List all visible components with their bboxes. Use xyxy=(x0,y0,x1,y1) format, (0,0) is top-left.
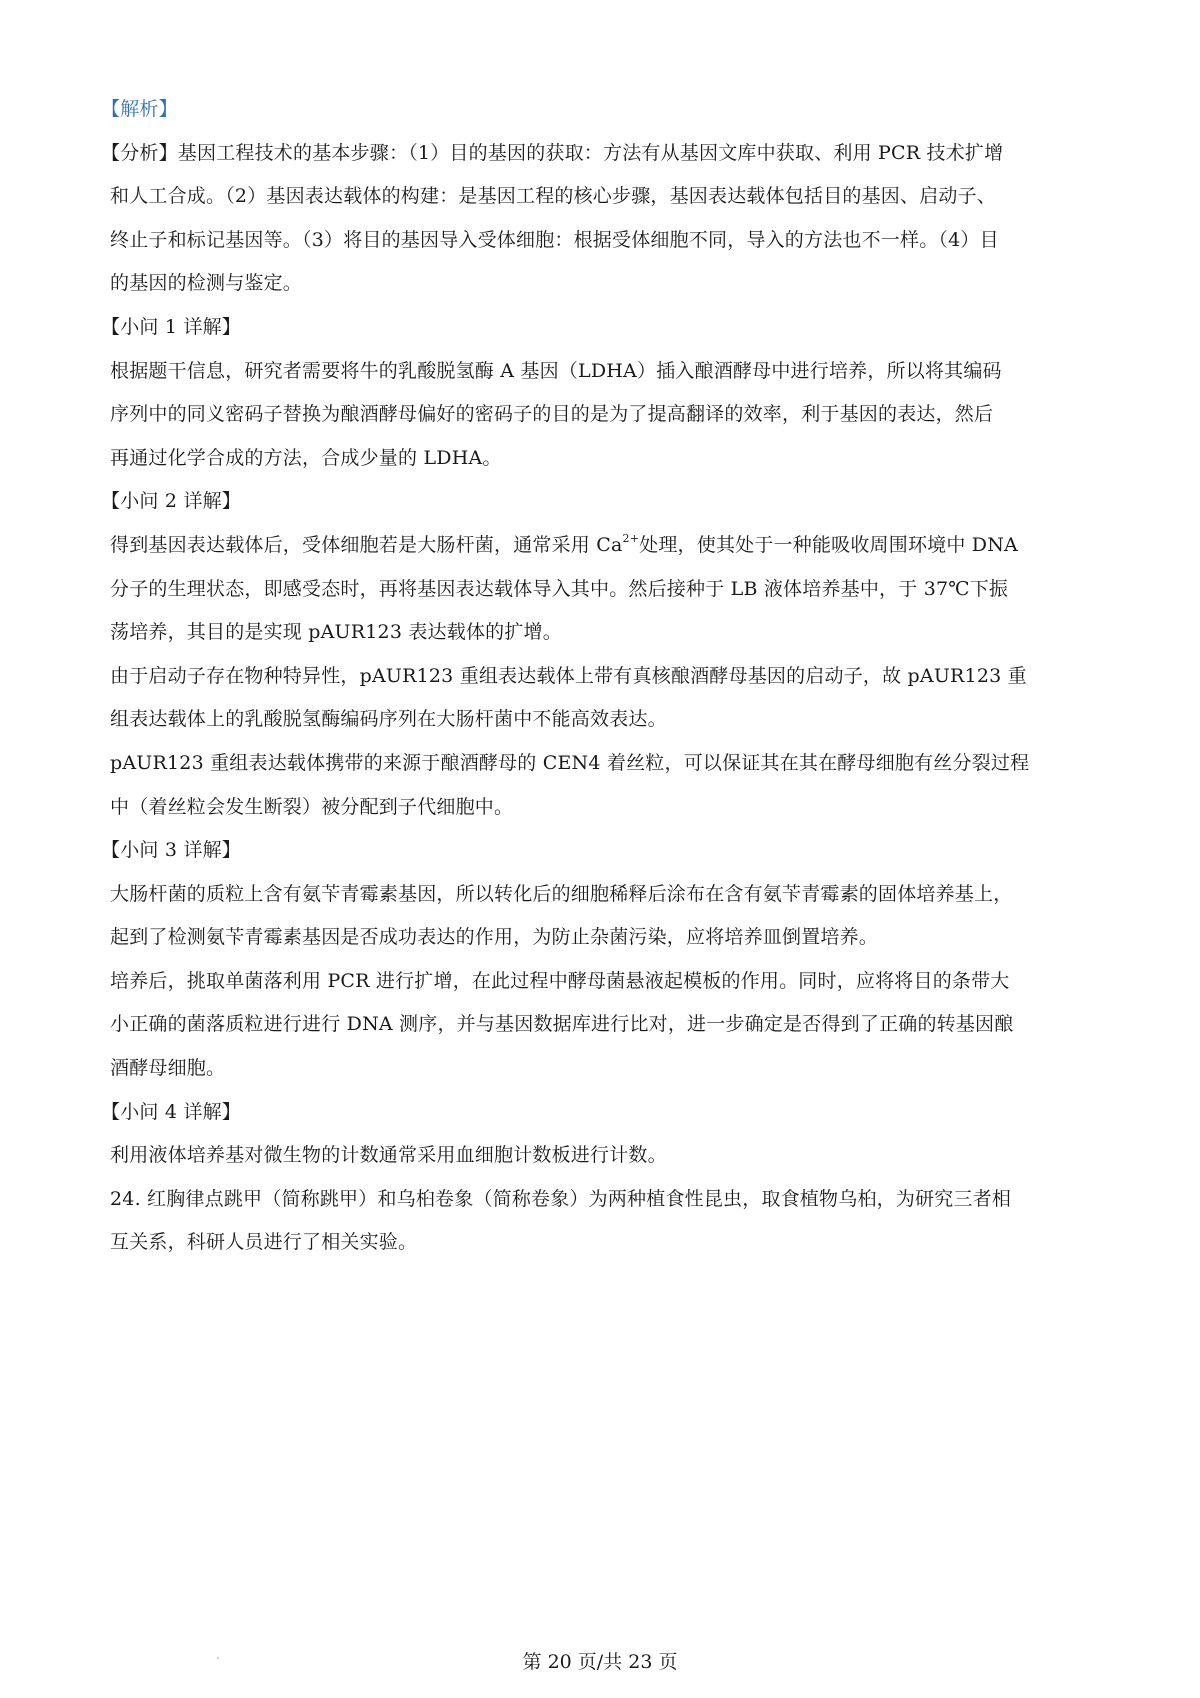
analysis-line: 【分析】基因工程技术的基本步骤：（1）目的基因的获取：方法有从基因文库中获取、利… xyxy=(101,132,1090,176)
q1-line: 序列中的同义密码子替换为酿酒酵母偏好的密码子的目的是为了提高翻译的效率，利于基因… xyxy=(110,393,1090,437)
question-24-line: 互关系，科研人员进行了相关实验。 xyxy=(110,1221,1090,1265)
q2-block: 【小问 2 详解】 得到基因表达载体后，受体细胞若是大肠杆菌，通常采用 Ca2+… xyxy=(110,480,1090,829)
q3-block: 【小问 3 详解】 大肠杆菌的质粒上含有氨苄青霉素基因，所以转化后的细胞稀释后涂… xyxy=(110,829,1090,1091)
q2-line-with-ion: 得到基因表达载体后，受体细胞若是大肠杆菌，通常采用 Ca2+处理，使其处于一种能… xyxy=(110,524,1090,568)
q1-heading: 【小问 1 详解】 xyxy=(101,306,1090,350)
section-label-analysis: 【解析】 xyxy=(101,88,1090,132)
q2-line: 分子的生理状态，即感受态时，再将基因表达载体导入其中。然后接种于 LB 液体培养… xyxy=(110,568,1090,612)
q1-line: 根据题干信息，研究者需要将牛的乳酸脱氢酶 A 基因（LDHA）插入酿酒酵母中进行… xyxy=(110,350,1090,394)
q2-line: 由于启动子存在物种特异性，pAUR123 重组表达载体上带有真核酿酒酵母基因的启… xyxy=(110,655,1090,699)
question-24-line: 24. 红胸律点跳甲（简称跳甲）和乌桕卷象（简称卷象）为两种植食性昆虫，取食植物… xyxy=(110,1178,1090,1222)
question-24-block: 24. 红胸律点跳甲（简称跳甲）和乌桕卷象（简称卷象）为两种植食性昆虫，取食植物… xyxy=(110,1178,1090,1265)
analysis-block: 【分析】基因工程技术的基本步骤：（1）目的基因的获取：方法有从基因文库中获取、利… xyxy=(110,132,1090,306)
q3-line: 酒酵母细胞。 xyxy=(110,1047,1090,1091)
q2-line: 中（着丝粒会发生断裂）被分配到子代细胞中。 xyxy=(110,786,1090,830)
q3-line: 大肠杆菌的质粒上含有氨苄青霉素基因，所以转化后的细胞稀释后涂布在含有氨苄青霉素的… xyxy=(110,873,1090,917)
q3-line: 起到了检测氨苄青霉素基因是否成功表达的作用，为防止杂菌污染，应将培养皿倒置培养。 xyxy=(110,916,1090,960)
q4-block: 【小问 4 详解】 利用液体培养基对微生物的计数通常采用血细胞计数板进行计数。 xyxy=(110,1091,1090,1178)
q3-line: 培养后，挑取单菌落利用 PCR 进行扩增，在此过程中酵母菌悬液起模板的作用。同时… xyxy=(110,960,1090,1004)
analysis-line: 的基因的检测与鉴定。 xyxy=(110,262,1090,306)
q2-line1-before: 得到基因表达载体后，受体细胞若是大肠杆菌，通常采用 Ca xyxy=(110,534,623,556)
analysis-line: 和人工合成。（2）基因表达载体的构建：是基因工程的核心步骤，基因表达载体包括目的… xyxy=(110,175,1090,219)
q2-heading: 【小问 2 详解】 xyxy=(101,480,1090,524)
calcium-charge-superscript: 2+ xyxy=(623,532,640,545)
q2-line: 组表达载体上的乳酸脱氢酶编码序列在大肠杆菌中不能高效表达。 xyxy=(110,698,1090,742)
page-content: 【解析】 【分析】基因工程技术的基本步骤：（1）目的基因的获取：方法有从基因文库… xyxy=(110,88,1090,1265)
q1-line: 再通过化学合成的方法，合成少量的 LDHA。 xyxy=(110,437,1090,481)
document-page: 【解析】 【分析】基因工程技术的基本步骤：（1）目的基因的获取：方法有从基因文库… xyxy=(0,0,1200,1698)
q1-block: 【小问 1 详解】 根据题干信息，研究者需要将牛的乳酸脱氢酶 A 基因（LDHA… xyxy=(110,306,1090,480)
q2-line: 荡培养，其目的是实现 pAUR123 表达载体的扩增。 xyxy=(110,611,1090,655)
q4-line: 利用液体培养基对微生物的计数通常采用血细胞计数板进行计数。 xyxy=(110,1134,1090,1178)
q2-line1-after: 处理，使其处于一种能吸收周围环境中 DNA xyxy=(639,534,1018,556)
q3-line: 小正确的菌落质粒进行进行 DNA 测序，并与基因数据库进行比对，进一步确定是否得… xyxy=(110,1003,1090,1047)
q3-heading: 【小问 3 详解】 xyxy=(101,829,1090,873)
q4-heading: 【小问 4 详解】 xyxy=(101,1091,1090,1135)
q2-line: pAUR123 重组表达载体携带的来源于酿酒酵母的 CEN4 着丝粒，可以保证其… xyxy=(110,742,1090,786)
page-number-footer: 第 20 页/共 23 页 xyxy=(0,1647,1200,1674)
analysis-line: 终止子和标记基因等。（3）将目的基因导入受体细胞：根据受体细胞不同，导入的方法也… xyxy=(110,219,1090,263)
